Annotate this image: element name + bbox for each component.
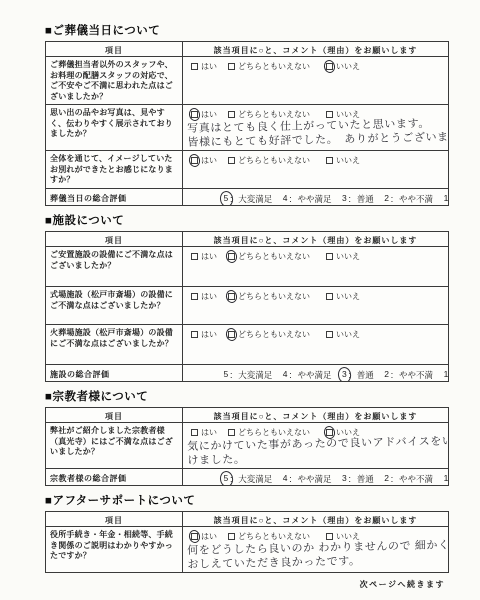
option-yes: はい [191,329,217,340]
checkbox-icon [228,429,235,436]
option-neutral: どちらともいえない [228,155,310,166]
question-row: 式場施設（松戸市斎場）の設備にご不満な点はございましたか？ はい どちらともいえ… [46,287,449,325]
question-row: ご葬儀担当者以外のスタッフや、お料理の配膳スタッフの対応で、ご不安やご不満に思わ… [46,57,449,105]
rating-option: 4：やや満足 [282,193,331,205]
rating-number: 5 [223,193,229,205]
section-facilities: ■施設について 項目 該当項目に○と、コメント（理由）をお願いします ご安置施設… [45,212,452,382]
option-yes: はい [191,155,217,166]
question-text: 全体を通じて、イメージしていたお別れができたとお感じになりますか？ [46,151,183,189]
checkbox-icon [191,533,198,540]
survey-table: 項目 該当項目に○と、コメント（理由）をお願いします 弊社がご紹介しました宗教者… [45,407,449,486]
item-column-header: 項目 [46,232,183,247]
rating-number: 2 [384,369,390,381]
rating-number: 2 [384,193,390,205]
rating-number: 1 [443,369,448,381]
question-text: 式場施設（松戸市斎場）の設備にご不満な点はございましたか？ [46,287,183,325]
rating-label: 葬儀当日の総合評価 [46,189,183,206]
option-label: はい [201,155,217,166]
section-title: ■ご葬儀当日について [45,22,452,38]
answer-column-header: 該当項目に○と、コメント（理由）をお願いします [183,42,449,57]
rating-text: やや満足 [298,369,332,381]
option-neutral: どちらともいえない [228,329,310,340]
rating-option: 5：大変満足 [223,193,272,205]
option-label: はい [201,251,217,262]
rating-number: 3 [342,473,348,485]
checkbox-icon [191,63,198,70]
rating-text: 大変満足 [238,369,272,381]
rating-option: 2：やや不満 [384,369,433,381]
question-text: 役所手続き・年金・相続等、手続き関係のご説明はわかりやすかったですか？ [46,527,183,573]
rating-number: 1 [443,193,448,205]
checkbox-icon [326,157,333,164]
table-header-row: 項目 該当項目に○と、コメント（理由）をお願いします [46,42,449,57]
option-label: いいえ [336,61,360,72]
rating-number: 1 [443,473,448,485]
answer-column-header: 該当項目に○と、コメント（理由）をお願いします [183,512,449,527]
section-funeral-day: ■ご葬儀当日について 項目 該当項目に○と、コメント（理由）をお願いします ご葬… [45,22,452,206]
rating-option: 3：普通 [342,193,374,205]
question-row: 思い出の品やお写真は、見やすく、伝わりやすく展示されておりましたか？ はい どち… [46,105,449,151]
rating-text: 普通 [357,473,374,485]
survey-table: 項目 該当項目に○と、コメント（理由）をお願いします ご安置施設の設備にご不満な… [45,231,449,382]
checkbox-icon [228,157,235,164]
option-row: はい どちらともいえない いいえ [183,151,448,166]
question-text: 弊社がご紹介しました宗教者様（真光寺）にはご不満な点はございましたか？ [46,423,183,469]
rating-option: 5：大変満足 [223,369,272,381]
rating-option: 3：普通 [342,369,374,381]
circle-mark [323,59,336,74]
table-header-row: 項目 該当項目に○と、コメント（理由）をお願いします [46,232,449,247]
rating-text: やや不満 [399,473,433,485]
option-row: はい どちらともいえない いいえ [183,287,448,302]
rating-number: 2 [384,473,390,485]
item-column-header: 項目 [46,512,183,527]
checkbox-icon [191,331,198,338]
checkbox-icon [228,111,235,118]
answer-cell: はい どちらともいえない いいえ 気にかけていた事があったので良いアドバイスをい… [183,423,449,469]
table-header-row: 項目 該当項目に○と、コメント（理由）をお願いします [46,512,449,527]
rating-cell: 5：大変満足 4：やや満足 3：普通 2：やや不満 1：不満 [183,365,449,382]
option-neutral: どちらともいえない [228,291,310,302]
section-title: ■アフターサポートについて [45,492,452,508]
option-yes: はい [191,531,217,542]
option-yes: はい [191,109,217,120]
rating-row: 施設の総合評価 5：大変満足 4：やや満足 3：普通 2：やや不満 1：不満 [46,365,449,382]
rating-number: 4 [282,193,288,205]
rating-cell: 5：大変満足 4：やや満足 3：普通 2：やや不満 1：不満 [183,469,449,486]
answer-cell: はい どちらともいえない いいえ [183,325,449,365]
checkbox-icon [326,331,333,338]
option-label: どちらともいえない [238,329,310,340]
rating-number: 4 [282,369,288,381]
survey-table: 項目 該当項目に○と、コメント（理由）をお願いします ご葬儀担当者以外のスタッフ… [45,41,449,206]
rating-label: 宗教者様の総合評価 [46,469,183,486]
rating-option: 1：不満 [443,193,448,205]
question-text: 思い出の品やお写真は、見やすく、伝わりやすく展示されておりましたか？ [46,105,183,151]
question-row: 全体を通じて、イメージしていたお別れができたとお感じになりますか？ はい どちら… [46,151,449,189]
option-label: どちらともいえない [238,251,310,262]
rating-number: 3 [342,193,348,205]
rating-text: やや不満 [399,193,433,205]
checkbox-icon [191,293,198,300]
table-header-row: 項目 該当項目に○と、コメント（理由）をお願いします [46,408,449,423]
rating-text: やや満足 [298,193,332,205]
option-no: いいえ [326,329,360,340]
option-label: はい [201,329,217,340]
checkbox-icon [191,429,198,436]
rating-scale: 5：大変満足 4：やや満足 3：普通 2：やや不満 1：不満 [183,189,448,205]
option-label: いいえ [336,329,360,340]
rating-scale: 5：大変満足 4：やや満足 3：普通 2：やや不満 1：不満 [183,365,448,381]
rating-option: 3：普通 [342,473,374,485]
question-row: ご安置施設の設備にご不満な点はございましたか？ はい どちらともいえない いいえ [46,247,449,287]
rating-option: 2：やや不満 [384,473,433,485]
answer-cell: はい どちらともいえない いいえ 写真はとても良く仕上がっていたと思います。 皆… [183,105,449,151]
answer-cell: はい どちらともいえない いいえ [183,57,449,105]
section-title: ■宗教者様について [45,388,452,404]
rating-row: 葬儀当日の総合評価 5：大変満足 4：やや満足 3：普通 2：やや不満 1：不満 [46,189,449,206]
question-text: ご安置施設の設備にご不満な点はございましたか？ [46,247,183,287]
rating-cell: 5：大変満足 4：やや満足 3：普通 2：やや不満 1：不満 [183,189,449,206]
option-label: いいえ [336,291,360,302]
option-label: はい [201,291,217,302]
checkbox-icon [326,253,333,260]
rating-number: 5 [223,473,229,485]
section-title: ■施設について [45,212,452,228]
option-label: どちらともいえない [238,155,310,166]
rating-option: 4：やや満足 [282,473,331,485]
checkbox-icon [191,157,198,164]
option-yes: はい [191,251,217,262]
circle-mark [188,153,201,168]
question-row: 火葬場施設（松戸市斎場）の設備にご不満な点はございましたか？ はい どちらともい… [46,325,449,365]
option-yes: はい [191,291,217,302]
option-no: いいえ [326,291,360,302]
checkbox-icon [228,533,235,540]
answer-cell: はい どちらともいえない いいえ [183,151,449,189]
option-neutral: どちらともいえない [228,61,310,72]
option-label: どちらともいえない [238,291,310,302]
footer-note: 次ページへ続きます [45,579,449,590]
scanned-survey-page: ■ご葬儀当日について 項目 該当項目に○と、コメント（理由）をお願いします ご葬… [0,0,480,590]
option-label: いいえ [336,155,360,166]
question-text: 火葬場施設（松戸市斎場）の設備にご不満な点はございましたか？ [46,325,183,365]
option-yes: はい [191,61,217,72]
survey-table: 項目 該当項目に○と、コメント（理由）をお願いします 役所手続き・年金・相続等、… [45,511,449,573]
rating-option: 1：不満 [443,369,448,381]
question-text: ご葬儀担当者以外のスタッフや、お料理の配膳スタッフの対応で、ご不安やご不満に思わ… [46,57,183,105]
handwritten-comment: 写真はとても良く仕上がっていたと思います。 皆様にもとても好評でした。 ありがと… [183,114,449,150]
rating-scale: 5：大変満足 4：やや満足 3：普通 2：やや不満 1：不満 [183,469,448,485]
checkbox-icon [191,253,198,260]
rating-text: 普通 [357,193,374,205]
option-label: どちらともいえない [238,61,310,72]
checkbox-icon [228,63,235,70]
rating-text: 普通 [357,369,374,381]
section-after-support: ■アフターサポートについて 項目 該当項目に○と、コメント（理由）をお願いします… [45,492,452,573]
option-label: はい [201,61,217,72]
answer-cell: はい どちらともいえない いいえ 何をどうしたら良いのか わかりませんので 細か… [183,527,449,573]
checkbox-icon [228,253,235,260]
rating-text: 大変満足 [238,193,272,205]
rating-number: 3 [342,369,348,381]
answer-cell: はい どちらともいえない いいえ [183,287,449,325]
circle-mark [225,327,238,342]
rating-option: 1：不満 [443,473,448,485]
item-column-header: 項目 [46,42,183,57]
option-row: はい どちらともいえない いいえ [183,57,448,72]
rating-number: 4 [282,473,288,485]
rating-text: 大変満足 [238,473,272,485]
option-label: いいえ [336,251,360,262]
rating-option: 5：大変満足 [223,473,272,485]
checkbox-icon [228,331,235,338]
circle-mark [225,249,238,264]
circle-mark [225,289,238,304]
rating-option: 4：やや満足 [282,369,331,381]
answer-column-header: 該当項目に○と、コメント（理由）をお願いします [183,408,449,423]
item-column-header: 項目 [46,408,183,423]
rating-label: 施設の総合評価 [46,365,183,382]
handwritten-comment: 何をどうしたら良いのか わかりませんので 細かく おしえていただき良かったです。 [183,536,449,572]
checkbox-icon [326,293,333,300]
rating-option: 2：やや不満 [384,193,433,205]
checkbox-icon [228,293,235,300]
option-row: はい どちらともいえない いいえ [183,247,448,262]
checkbox-icon [326,63,333,70]
rating-text: やや不満 [399,369,433,381]
answer-cell: はい どちらともいえない いいえ [183,247,449,287]
rating-number: 5 [223,369,229,381]
handwritten-comment: 気にかけていた事があったので良いアドバイスをいただ けました。 [183,432,449,468]
question-row: 役所手続き・年金・相続等、手続き関係のご説明はわかりやすかったですか？ はい ど… [46,527,449,573]
rating-text: やや満足 [298,473,332,485]
option-yes: はい [191,427,217,438]
option-no: いいえ [326,251,360,262]
answer-column-header: 該当項目に○と、コメント（理由）をお願いします [183,232,449,247]
option-row: はい どちらともいえない いいえ [183,325,448,340]
checkbox-icon [191,111,198,118]
section-religious: ■宗教者様について 項目 該当項目に○と、コメント（理由）をお願いします 弊社が… [45,388,452,486]
option-neutral: どちらともいえない [228,251,310,262]
question-row: 弊社がご紹介しました宗教者様（真光寺）にはご不満な点はございましたか？ はい ど… [46,423,449,469]
option-no: いいえ [326,61,360,72]
option-no: いいえ [326,155,360,166]
rating-row: 宗教者様の総合評価 5：大変満足 4：やや満足 3：普通 2：やや不満 1：不満 [46,469,449,486]
